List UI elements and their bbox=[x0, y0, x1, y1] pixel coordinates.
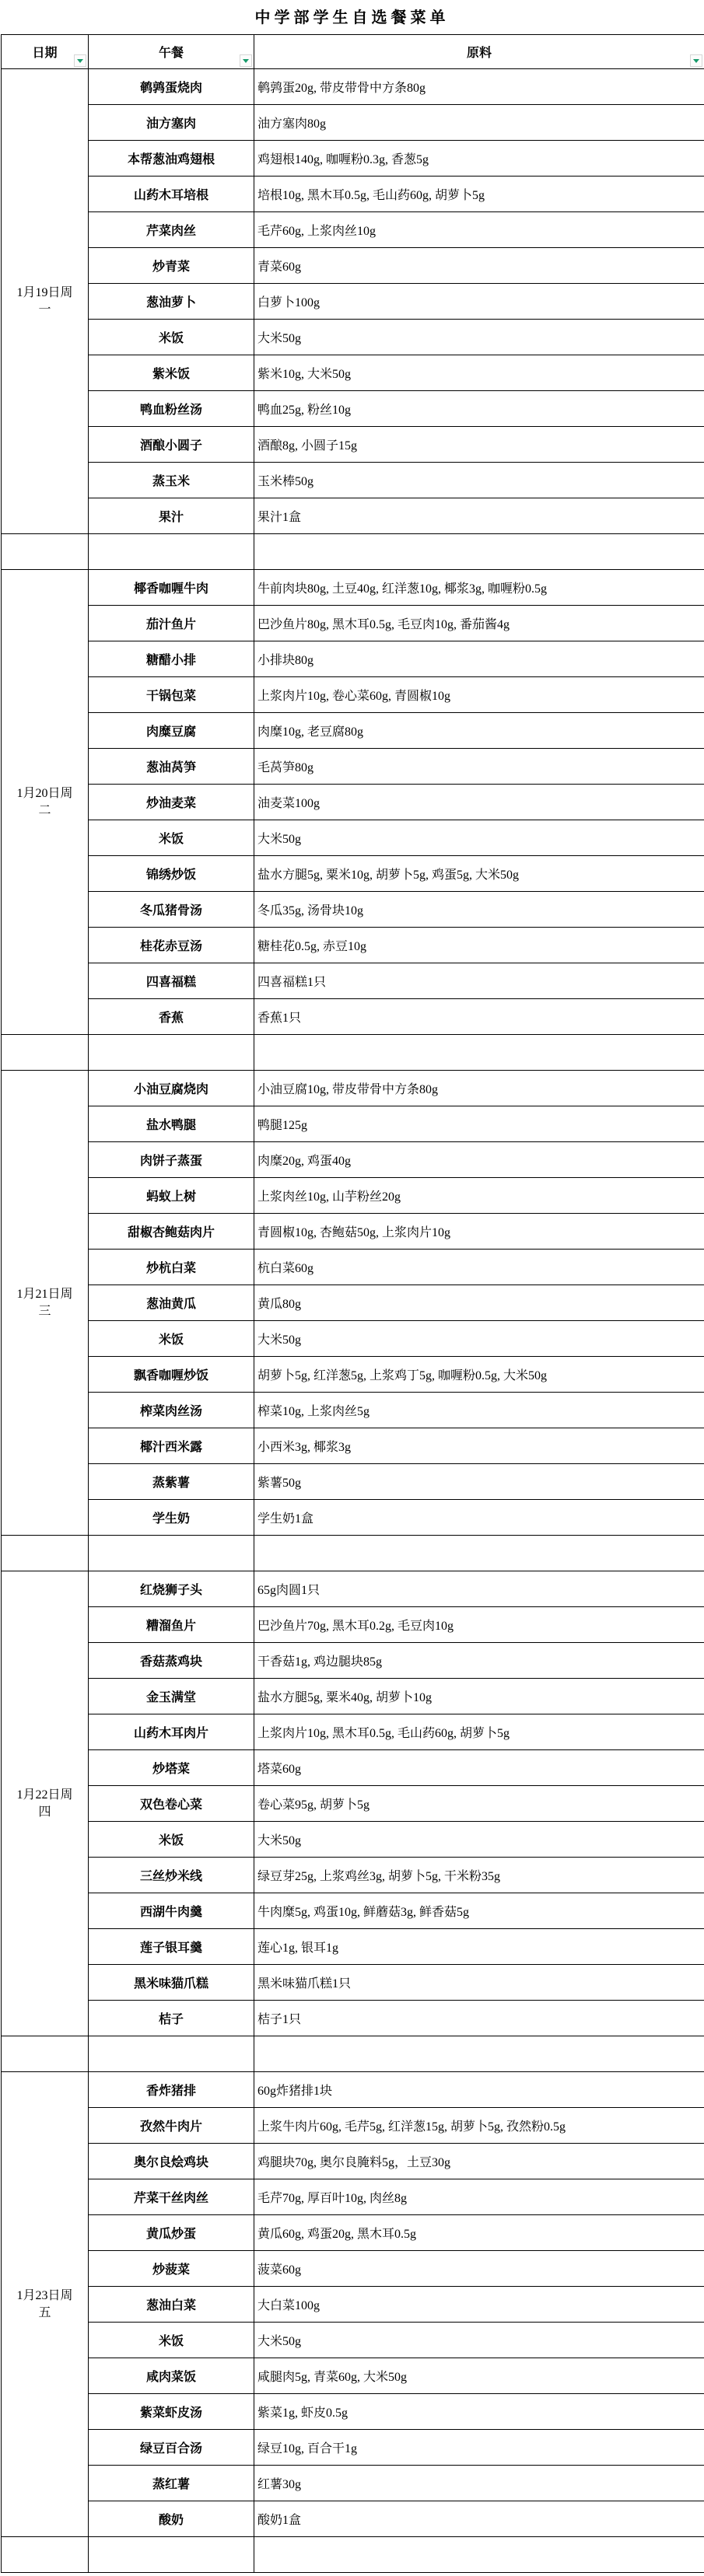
table-row: 葱油萝卜 白萝卜100g bbox=[2, 284, 704, 320]
ingredients-cell: 盐水方腿5g, 粟米40g, 胡萝卜10g bbox=[254, 1679, 704, 1714]
table-row: 1月21日周 三 小油豆腐烧肉 小油豆腐10g, 带皮带骨中方条80g bbox=[2, 1071, 704, 1106]
dish-name-cell: 蒸红薯 bbox=[89, 2466, 254, 2501]
ingredients-cell: 四喜福糕1只 bbox=[254, 963, 704, 999]
ingredients-cell: 上浆牛肉片60g, 毛芹5g, 红洋葱15g, 胡萝卜5g, 孜然粉0.5g bbox=[254, 2108, 704, 2144]
ingredients-cell: 巴沙鱼片80g, 黑木耳0.5g, 毛豆肉10g, 番茄酱4g bbox=[254, 606, 704, 641]
date-text-line1: 1月19日周 bbox=[3, 285, 86, 302]
dish-name-cell: 椰香咖喱牛肉 bbox=[89, 570, 254, 606]
ingredients-cell: 干香菇1g, 鸡边腿块85g bbox=[254, 1643, 704, 1679]
ingredients-cell: 大米50g bbox=[254, 1321, 704, 1357]
spacer-row bbox=[2, 1536, 704, 1571]
menu-table-body: 1月19日周 一 鹌鹑蛋烧肉 鹌鹑蛋20g, 带皮带骨中方条80g 油方塞肉 油… bbox=[2, 69, 704, 2573]
ingredients-cell: 青菜60g bbox=[254, 248, 704, 284]
ingredients-cell: 黄瓜60g, 鸡蛋20g, 黑木耳0.5g bbox=[254, 2215, 704, 2251]
table-row: 桔子 桔子1只 bbox=[2, 2001, 704, 2036]
table-row: 双色卷心菜 卷心菜95g, 胡萝卜5g bbox=[2, 1786, 704, 1822]
date-text-line1: 1月22日周 bbox=[3, 1787, 86, 1804]
dish-name-cell: 金玉满堂 bbox=[89, 1679, 254, 1714]
ingredients-cell: 毛芹70g, 厚百叶10g, 肉丝8g bbox=[254, 2179, 704, 2215]
date-text-line1: 1月20日周 bbox=[3, 785, 86, 802]
ingredients-cell: 鸡腿块70g, 奥尔良腌料5g，土豆30g bbox=[254, 2144, 704, 2179]
table-row: 芹菜肉丝 毛芹60g, 上浆肉丝10g bbox=[2, 212, 704, 248]
dish-name-cell: 蒸玉米 bbox=[89, 463, 254, 498]
table-row: 香蕉 香蕉1只 bbox=[2, 999, 704, 1035]
column-header-date: 日期 bbox=[2, 35, 89, 69]
dish-name-cell: 芹菜干丝肉丝 bbox=[89, 2179, 254, 2215]
table-row: 米饭 大米50g bbox=[2, 1822, 704, 1858]
spacer-row bbox=[2, 2036, 704, 2072]
dish-name-cell: 芹菜肉丝 bbox=[89, 212, 254, 248]
spacer-row bbox=[2, 534, 704, 570]
dish-name-cell: 肉糜豆腐 bbox=[89, 713, 254, 749]
ingredients-cell: 紫薯50g bbox=[254, 1464, 704, 1500]
ingredients-cell: 牛前肉块80g, 土豆40g, 红洋葱10g, 椰浆3g, 咖喱粉0.5g bbox=[254, 570, 704, 606]
ingredients-cell: 冬瓜35g, 汤骨块10g bbox=[254, 892, 704, 928]
dish-name-cell: 果汁 bbox=[89, 498, 254, 534]
ingredients-cell: 白萝卜100g bbox=[254, 284, 704, 320]
column-header-date-label: 日期 bbox=[32, 47, 57, 60]
dish-name-cell: 孜然牛肉片 bbox=[89, 2108, 254, 2144]
ingredients-cell: 盐水方腿5g, 粟米10g, 胡萝卜5g, 鸡蛋5g, 大米50g bbox=[254, 856, 704, 892]
page-title: 中学部学生自选餐菜单 bbox=[0, 0, 704, 34]
spacer-cell bbox=[2, 1035, 89, 1071]
dish-name-cell: 奥尔良烩鸡块 bbox=[89, 2144, 254, 2179]
spacer-cell bbox=[2, 2036, 89, 2072]
column-header-ingredients: 原料 bbox=[254, 35, 704, 69]
dish-name-cell: 炒青菜 bbox=[89, 248, 254, 284]
dish-name-cell: 蚂蚁上树 bbox=[89, 1178, 254, 1214]
dish-name-cell: 米饭 bbox=[89, 2323, 254, 2358]
table-row: 米饭 大米50g bbox=[2, 320, 704, 355]
date-cell: 1月20日周 二 bbox=[2, 570, 89, 1035]
table-row: 绿豆百合汤 绿豆10g, 百合干1g bbox=[2, 2430, 704, 2466]
table-row: 飘香咖喱炒饭 胡萝卜5g, 红洋葱5g, 上浆鸡丁5g, 咖喱粉0.5g, 大米… bbox=[2, 1357, 704, 1393]
ingredients-cell: 玉米棒50g bbox=[254, 463, 704, 498]
table-row: 1月19日周 一 鹌鹑蛋烧肉 鹌鹑蛋20g, 带皮带骨中方条80g bbox=[2, 69, 704, 105]
spacer-cell bbox=[254, 1035, 704, 1071]
table-row: 四喜福糕 四喜福糕1只 bbox=[2, 963, 704, 999]
ingredients-cell: 牛肉糜5g, 鸡蛋10g, 鲜蘑菇3g, 鲜香菇5g bbox=[254, 1893, 704, 1929]
table-row: 黑米味猫爪糕 黑米味猫爪糕1只 bbox=[2, 1965, 704, 2001]
ingredients-cell: 莲心1g, 银耳1g bbox=[254, 1929, 704, 1965]
dish-name-cell: 榨菜肉丝汤 bbox=[89, 1393, 254, 1428]
date-text-line2: 一 bbox=[3, 302, 86, 319]
dish-name-cell: 炒菠菜 bbox=[89, 2251, 254, 2287]
ingredients-cell: 榨菜10g, 上浆肉丝5g bbox=[254, 1393, 704, 1428]
table-row: 肉饼子蒸蛋 肉糜20g, 鸡蛋40g bbox=[2, 1142, 704, 1178]
dish-name-cell: 米饭 bbox=[89, 820, 254, 856]
dish-name-cell: 糟溜鱼片 bbox=[89, 1607, 254, 1643]
table-row: 芹菜干丝肉丝 毛芹70g, 厚百叶10g, 肉丝8g bbox=[2, 2179, 704, 2215]
filter-button-ingredients[interactable] bbox=[690, 54, 702, 67]
dish-name-cell: 红烧狮子头 bbox=[89, 1571, 254, 1607]
table-row: 米饭 大米50g bbox=[2, 1321, 704, 1357]
table-row: 酒酿小圆子 酒酿8g, 小圆子15g bbox=[2, 427, 704, 463]
ingredients-cell: 上浆肉片10g, 卷心菜60g, 青圆椒10g bbox=[254, 677, 704, 713]
spacer-cell bbox=[254, 1536, 704, 1571]
table-row: 蒸红薯 红薯30g bbox=[2, 2466, 704, 2501]
dish-name-cell: 冬瓜猪骨汤 bbox=[89, 892, 254, 928]
date-cell: 1月21日周 三 bbox=[2, 1071, 89, 1536]
table-row: 炒菠菜 菠菜60g bbox=[2, 2251, 704, 2287]
dish-name-cell: 椰汁西米露 bbox=[89, 1428, 254, 1464]
table-row: 干锅包菜 上浆肉片10g, 卷心菜60g, 青圆椒10g bbox=[2, 677, 704, 713]
ingredients-cell: 胡萝卜5g, 红洋葱5g, 上浆鸡丁5g, 咖喱粉0.5g, 大米50g bbox=[254, 1357, 704, 1393]
ingredients-cell: 鸭腿125g bbox=[254, 1106, 704, 1142]
dish-name-cell: 桔子 bbox=[89, 2001, 254, 2036]
ingredients-cell: 咸腿肉5g, 青菜60g, 大米50g bbox=[254, 2358, 704, 2394]
ingredients-cell: 紫米10g, 大米50g bbox=[254, 355, 704, 391]
table-row: 三丝炒米线 绿豆芽25g, 上浆鸡丝3g, 胡萝卜5g, 干米粉35g bbox=[2, 1858, 704, 1893]
ingredients-cell: 酒酿8g, 小圆子15g bbox=[254, 427, 704, 463]
table-row: 黄瓜炒蛋 黄瓜60g, 鸡蛋20g, 黑木耳0.5g bbox=[2, 2215, 704, 2251]
ingredients-cell: 肉糜10g, 老豆腐80g bbox=[254, 713, 704, 749]
ingredients-cell: 鸭血25g, 粉丝10g bbox=[254, 391, 704, 427]
table-row: 蒸玉米 玉米棒50g bbox=[2, 463, 704, 498]
table-row: 锦绣炒饭 盐水方腿5g, 粟米10g, 胡萝卜5g, 鸡蛋5g, 大米50g bbox=[2, 856, 704, 892]
ingredients-cell: 小排块80g bbox=[254, 641, 704, 677]
table-row: 1月20日周 二 椰香咖喱牛肉 牛前肉块80g, 土豆40g, 红洋葱10g, … bbox=[2, 570, 704, 606]
table-row: 奥尔良烩鸡块 鸡腿块70g, 奥尔良腌料5g，土豆30g bbox=[2, 2144, 704, 2179]
dish-name-cell: 紫米饭 bbox=[89, 355, 254, 391]
table-row: 葱油莴笋 毛莴笋80g bbox=[2, 749, 704, 785]
filter-dropdown-icon bbox=[77, 59, 83, 63]
date-text-line2: 三 bbox=[3, 1303, 86, 1320]
ingredients-cell: 毛芹60g, 上浆肉丝10g bbox=[254, 212, 704, 248]
header-row: 日期 午餐 原料 bbox=[2, 35, 704, 69]
dish-name-cell: 西湖牛肉羹 bbox=[89, 1893, 254, 1929]
spacer-cell bbox=[2, 534, 89, 570]
dish-name-cell: 葱油莴笋 bbox=[89, 749, 254, 785]
table-row: 咸肉菜饭 咸腿肉5g, 青菜60g, 大米50g bbox=[2, 2358, 704, 2394]
table-row: 炒油麦菜 油麦菜100g bbox=[2, 785, 704, 820]
ingredients-cell: 酸奶1盒 bbox=[254, 2501, 704, 2537]
dish-name-cell: 米饭 bbox=[89, 320, 254, 355]
ingredients-cell: 大米50g bbox=[254, 820, 704, 856]
dish-name-cell: 炒杭白菜 bbox=[89, 1250, 254, 1285]
table-row: 糖醋小排 小排块80g bbox=[2, 641, 704, 677]
table-row: 酸奶 酸奶1盒 bbox=[2, 2501, 704, 2537]
ingredients-cell: 绿豆10g, 百合干1g bbox=[254, 2430, 704, 2466]
ingredients-cell: 果汁1盒 bbox=[254, 498, 704, 534]
spacer-cell bbox=[89, 1536, 254, 1571]
date-cell: 1月19日周 一 bbox=[2, 69, 89, 534]
ingredients-cell: 小西米3g, 椰浆3g bbox=[254, 1428, 704, 1464]
ingredients-cell: 青圆椒10g, 杏鲍菇50g, 上浆肉片10g bbox=[254, 1214, 704, 1250]
dish-name-cell: 葱油萝卜 bbox=[89, 284, 254, 320]
spacer-cell bbox=[2, 2537, 89, 2573]
dish-name-cell: 葱油白菜 bbox=[89, 2287, 254, 2323]
dish-name-cell: 小油豆腐烧肉 bbox=[89, 1071, 254, 1106]
ingredients-cell: 大米50g bbox=[254, 320, 704, 355]
dish-name-cell: 盐水鸭腿 bbox=[89, 1106, 254, 1142]
table-row: 蚂蚁上树 上浆肉丝10g, 山芋粉丝20g bbox=[2, 1178, 704, 1214]
spacer-cell bbox=[89, 2537, 254, 2573]
ingredients-cell: 大米50g bbox=[254, 1822, 704, 1858]
filter-button-lunch[interactable] bbox=[240, 54, 252, 67]
ingredients-cell: 糖桂花0.5g, 赤豆10g bbox=[254, 928, 704, 963]
dish-name-cell: 山药木耳肉片 bbox=[89, 1714, 254, 1750]
dish-name-cell: 学生奶 bbox=[89, 1500, 254, 1536]
ingredients-cell: 紫菜1g, 虾皮0.5g bbox=[254, 2394, 704, 2430]
ingredients-cell: 巴沙鱼片70g, 黑木耳0.2g, 毛豆肉10g bbox=[254, 1607, 704, 1643]
date-text-line1: 1月23日周 bbox=[3, 2288, 86, 2305]
table-row: 炒塔菜 塔菜60g bbox=[2, 1750, 704, 1786]
table-row: 桂花赤豆汤 糖桂花0.5g, 赤豆10g bbox=[2, 928, 704, 963]
column-header-ingredients-label: 原料 bbox=[467, 47, 492, 60]
table-row: 莲子银耳羹 莲心1g, 银耳1g bbox=[2, 1929, 704, 1965]
date-cell: 1月23日周 五 bbox=[2, 2072, 89, 2537]
table-row: 紫菜虾皮汤 紫菜1g, 虾皮0.5g bbox=[2, 2394, 704, 2430]
dish-name-cell: 茄汁鱼片 bbox=[89, 606, 254, 641]
spacer-cell bbox=[254, 2537, 704, 2573]
dish-name-cell: 炒油麦菜 bbox=[89, 785, 254, 820]
dish-name-cell: 香菇蒸鸡块 bbox=[89, 1643, 254, 1679]
table-row: 本帮葱油鸡翅根 鸡翅根140g, 咖喱粉0.3g, 香葱5g bbox=[2, 141, 704, 177]
ingredients-cell: 上浆肉丝10g, 山芋粉丝20g bbox=[254, 1178, 704, 1214]
table-row: 炒杭白菜 杭白菜60g bbox=[2, 1250, 704, 1285]
table-row: 肉糜豆腐 肉糜10g, 老豆腐80g bbox=[2, 713, 704, 749]
dish-name-cell: 酒酿小圆子 bbox=[89, 427, 254, 463]
spacer-row bbox=[2, 1035, 704, 1071]
table-row: 紫米饭 紫米10g, 大米50g bbox=[2, 355, 704, 391]
ingredients-cell: 油方塞肉80g bbox=[254, 105, 704, 141]
table-row: 果汁 果汁1盒 bbox=[2, 498, 704, 534]
table-row: 葱油白菜 大白菜100g bbox=[2, 2287, 704, 2323]
ingredients-cell: 黑米味猫爪糕1只 bbox=[254, 1965, 704, 2001]
spacer-cell bbox=[89, 2036, 254, 2072]
table-row: 冬瓜猪骨汤 冬瓜35g, 汤骨块10g bbox=[2, 892, 704, 928]
table-row: 山药木耳肉片 上浆肉片10g, 黑木耳0.5g, 毛山药60g, 胡萝卜5g bbox=[2, 1714, 704, 1750]
date-text-line1: 1月21日周 bbox=[3, 1286, 86, 1303]
table-row: 盐水鸭腿 鸭腿125g bbox=[2, 1106, 704, 1142]
table-row: 学生奶 学生奶1盒 bbox=[2, 1500, 704, 1536]
ingredients-cell: 大白菜100g bbox=[254, 2287, 704, 2323]
table-row: 香菇蒸鸡块 干香菇1g, 鸡边腿块85g bbox=[2, 1643, 704, 1679]
table-row: 西湖牛肉羹 牛肉糜5g, 鸡蛋10g, 鲜蘑菇3g, 鲜香菇5g bbox=[2, 1893, 704, 1929]
dish-name-cell: 油方塞肉 bbox=[89, 105, 254, 141]
dish-name-cell: 四喜福糕 bbox=[89, 963, 254, 999]
dish-name-cell: 酸奶 bbox=[89, 2501, 254, 2537]
date-cell: 1月22日周 四 bbox=[2, 1571, 89, 2036]
ingredients-cell: 上浆肉片10g, 黑木耳0.5g, 毛山药60g, 胡萝卜5g bbox=[254, 1714, 704, 1750]
dish-name-cell: 紫菜虾皮汤 bbox=[89, 2394, 254, 2430]
dish-name-cell: 米饭 bbox=[89, 1321, 254, 1357]
dish-name-cell: 莲子银耳羹 bbox=[89, 1929, 254, 1965]
ingredients-cell: 鸡翅根140g, 咖喱粉0.3g, 香葱5g bbox=[254, 141, 704, 177]
ingredients-cell: 绿豆芽25g, 上浆鸡丝3g, 胡萝卜5g, 干米粉35g bbox=[254, 1858, 704, 1893]
table-row: 炒青菜 青菜60g bbox=[2, 248, 704, 284]
ingredients-cell: 肉糜20g, 鸡蛋40g bbox=[254, 1142, 704, 1178]
ingredients-cell: 黄瓜80g bbox=[254, 1285, 704, 1321]
dish-name-cell: 香炸猪排 bbox=[89, 2072, 254, 2108]
dish-name-cell: 双色卷心菜 bbox=[89, 1786, 254, 1822]
ingredients-cell: 红薯30g bbox=[254, 2466, 704, 2501]
ingredients-cell: 学生奶1盒 bbox=[254, 1500, 704, 1536]
table-row: 糟溜鱼片 巴沙鱼片70g, 黑木耳0.2g, 毛豆肉10g bbox=[2, 1607, 704, 1643]
table-row: 油方塞肉 油方塞肉80g bbox=[2, 105, 704, 141]
ingredients-cell: 鹌鹑蛋20g, 带皮带骨中方条80g bbox=[254, 69, 704, 105]
table-row: 山药木耳培根 培根10g, 黑木耳0.5g, 毛山药60g, 胡萝卜5g bbox=[2, 177, 704, 212]
dish-name-cell: 香蕉 bbox=[89, 999, 254, 1035]
filter-button-date[interactable] bbox=[74, 54, 86, 67]
ingredients-cell: 毛莴笋80g bbox=[254, 749, 704, 785]
dish-name-cell: 绿豆百合汤 bbox=[89, 2430, 254, 2466]
dish-name-cell: 鹌鹑蛋烧肉 bbox=[89, 69, 254, 105]
dish-name-cell: 米饭 bbox=[89, 1822, 254, 1858]
spacer-cell bbox=[89, 1035, 254, 1071]
table-row: 椰汁西米露 小西米3g, 椰浆3g bbox=[2, 1428, 704, 1464]
dish-name-cell: 葱油黄瓜 bbox=[89, 1285, 254, 1321]
dish-name-cell: 咸肉菜饭 bbox=[89, 2358, 254, 2394]
filter-dropdown-icon bbox=[693, 59, 699, 63]
filter-dropdown-icon bbox=[243, 59, 249, 63]
spacer-row bbox=[2, 2537, 704, 2573]
table-row: 孜然牛肉片 上浆牛肉片60g, 毛芹5g, 红洋葱15g, 胡萝卜5g, 孜然粉… bbox=[2, 2108, 704, 2144]
dish-name-cell: 甜椒杏鲍菇肉片 bbox=[89, 1214, 254, 1250]
spacer-cell bbox=[89, 534, 254, 570]
table-row: 蒸紫薯 紫薯50g bbox=[2, 1464, 704, 1500]
date-text-line2: 五 bbox=[3, 2305, 86, 2322]
dish-name-cell: 本帮葱油鸡翅根 bbox=[89, 141, 254, 177]
menu-table: 日期 午餐 原料 bbox=[1, 34, 704, 2573]
ingredients-cell: 60g炸猪排1块 bbox=[254, 2072, 704, 2108]
ingredients-cell: 油麦菜100g bbox=[254, 785, 704, 820]
ingredients-cell: 65g肉圆1只 bbox=[254, 1571, 704, 1607]
table-row: 葱油黄瓜 黄瓜80g bbox=[2, 1285, 704, 1321]
column-header-lunch-label: 午餐 bbox=[159, 47, 184, 60]
date-text-line2: 二 bbox=[3, 802, 86, 820]
table-row: 米饭 大米50g bbox=[2, 2323, 704, 2358]
ingredients-cell: 菠菜60g bbox=[254, 2251, 704, 2287]
dish-name-cell: 鸭血粉丝汤 bbox=[89, 391, 254, 427]
ingredients-cell: 杭白菜60g bbox=[254, 1250, 704, 1285]
ingredients-cell: 桔子1只 bbox=[254, 2001, 704, 2036]
ingredients-cell: 香蕉1只 bbox=[254, 999, 704, 1035]
dish-name-cell: 锦绣炒饭 bbox=[89, 856, 254, 892]
dish-name-cell: 炒塔菜 bbox=[89, 1750, 254, 1786]
column-header-lunch: 午餐 bbox=[89, 35, 254, 69]
spacer-cell bbox=[254, 534, 704, 570]
dish-name-cell: 糖醋小排 bbox=[89, 641, 254, 677]
table-row: 1月23日周 五 香炸猪排 60g炸猪排1块 bbox=[2, 2072, 704, 2108]
dish-name-cell: 飘香咖喱炒饭 bbox=[89, 1357, 254, 1393]
dish-name-cell: 干锅包菜 bbox=[89, 677, 254, 713]
dish-name-cell: 三丝炒米线 bbox=[89, 1858, 254, 1893]
table-row: 1月22日周 四 红烧狮子头 65g肉圆1只 bbox=[2, 1571, 704, 1607]
spreadsheet: 中学部学生自选餐菜单 日期 午餐 原料 bbox=[0, 0, 704, 2573]
ingredients-cell: 卷心菜95g, 胡萝卜5g bbox=[254, 1786, 704, 1822]
date-text-line2: 四 bbox=[3, 1804, 86, 1821]
table-row: 甜椒杏鲍菇肉片 青圆椒10g, 杏鲍菇50g, 上浆肉片10g bbox=[2, 1214, 704, 1250]
dish-name-cell: 黑米味猫爪糕 bbox=[89, 1965, 254, 2001]
ingredients-cell: 培根10g, 黑木耳0.5g, 毛山药60g, 胡萝卜5g bbox=[254, 177, 704, 212]
table-row: 金玉满堂 盐水方腿5g, 粟米40g, 胡萝卜10g bbox=[2, 1679, 704, 1714]
ingredients-cell: 塔菜60g bbox=[254, 1750, 704, 1786]
dish-name-cell: 肉饼子蒸蛋 bbox=[89, 1142, 254, 1178]
table-row: 米饭 大米50g bbox=[2, 820, 704, 856]
ingredients-cell: 小油豆腐10g, 带皮带骨中方条80g bbox=[254, 1071, 704, 1106]
dish-name-cell: 桂花赤豆汤 bbox=[89, 928, 254, 963]
table-row: 鸭血粉丝汤 鸭血25g, 粉丝10g bbox=[2, 391, 704, 427]
spacer-cell bbox=[254, 2036, 704, 2072]
dish-name-cell: 山药木耳培根 bbox=[89, 177, 254, 212]
table-row: 榨菜肉丝汤 榨菜10g, 上浆肉丝5g bbox=[2, 1393, 704, 1428]
table-row: 茄汁鱼片 巴沙鱼片80g, 黑木耳0.5g, 毛豆肉10g, 番茄酱4g bbox=[2, 606, 704, 641]
dish-name-cell: 蒸紫薯 bbox=[89, 1464, 254, 1500]
dish-name-cell: 黄瓜炒蛋 bbox=[89, 2215, 254, 2251]
spacer-cell bbox=[2, 1536, 89, 1571]
ingredients-cell: 大米50g bbox=[254, 2323, 704, 2358]
